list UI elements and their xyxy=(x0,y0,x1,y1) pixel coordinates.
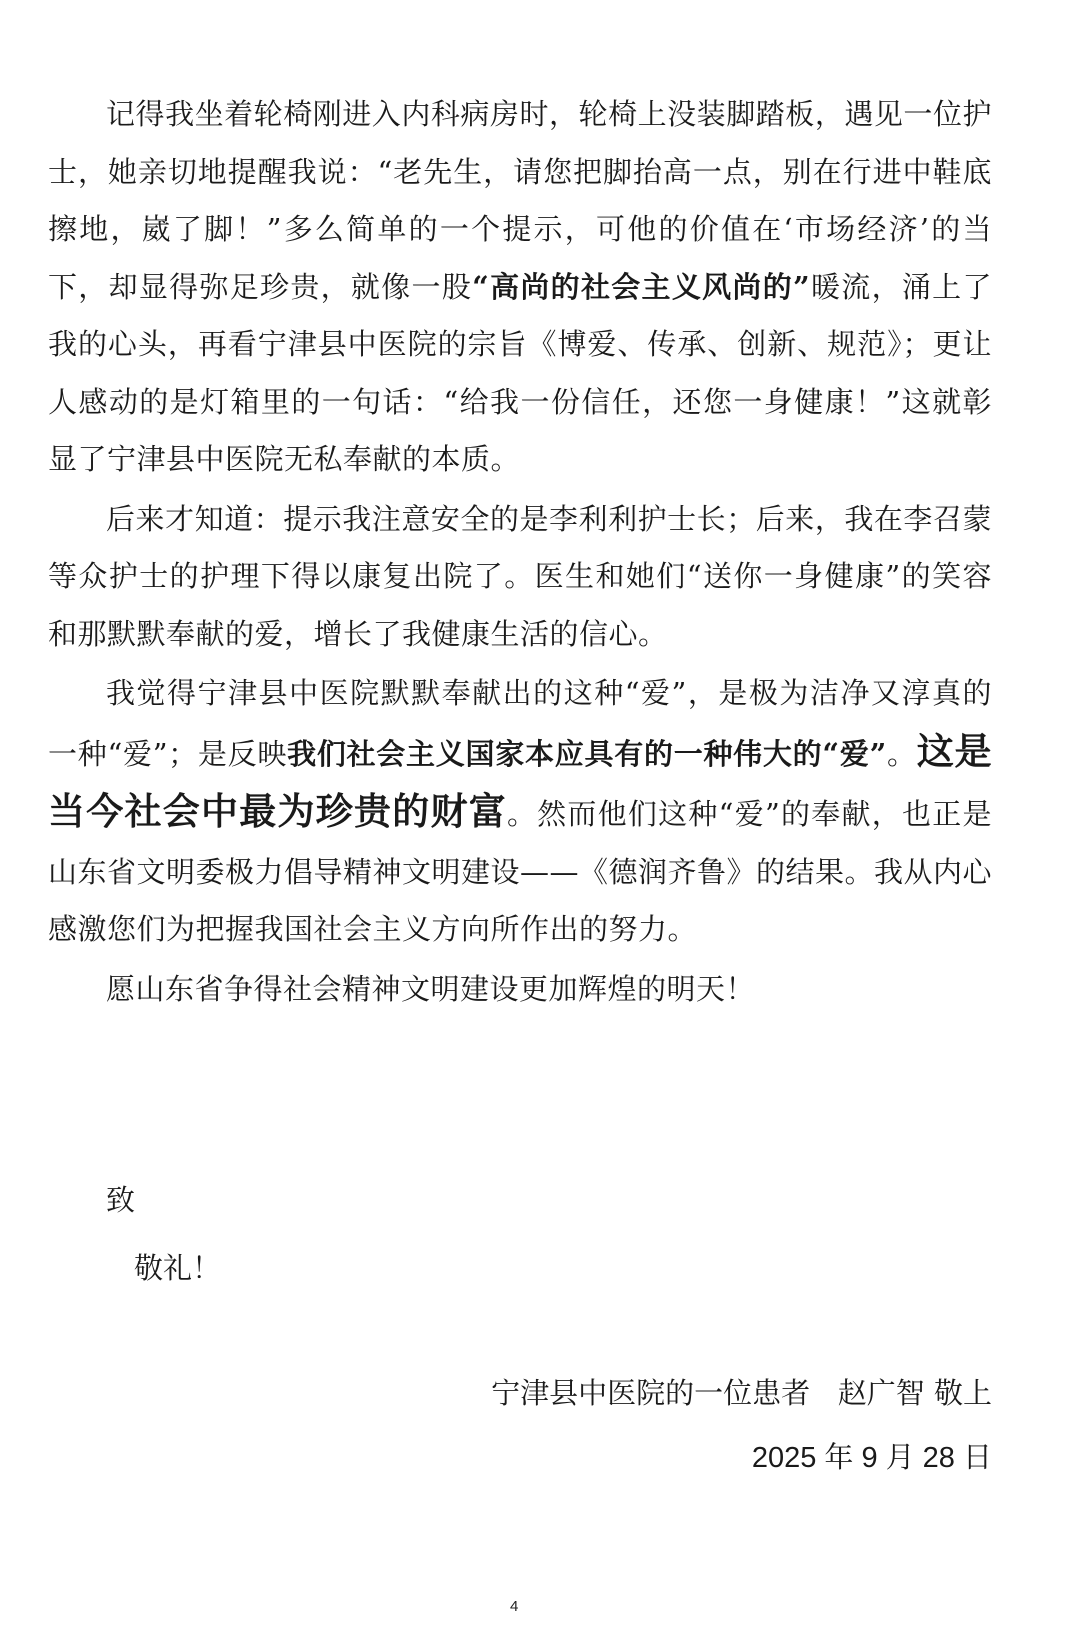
paragraph-3: 我觉得宁津县中医院默默奉献出的这种“爱”，是极为洁净又淳真的一种“爱”；是反映我… xyxy=(48,665,992,959)
signature: 宁津县中医院的一位患者 赵广智 敬上 xyxy=(491,1373,992,1413)
page-number: 4 xyxy=(510,1597,518,1617)
letter-date: 2025 年 9 月 28 日 xyxy=(752,1438,992,1478)
paragraph-4: 愿山东省争得社会精神文明建设更加辉煌的明天！ xyxy=(48,961,992,1019)
closing-salutation-to: 致 xyxy=(106,1180,135,1220)
closing-salutation-regards: 敬礼！ xyxy=(134,1248,221,1288)
paragraph-1: 记得我坐着轮椅刚进入内科病房时，轮椅上没装脚踏板，遇见一位护士，她亲切地提醒我说… xyxy=(48,86,992,489)
paragraph-2: 后来才知道：提示我注意安全的是李利利护士长；后来，我在李召蒙等众护士的护理下得以… xyxy=(48,491,992,664)
paragraph-3-period: 。 xyxy=(887,737,917,771)
paragraph-3-bold-phrase: 我们社会主义国家本应具有的一种伟大的“爱” xyxy=(287,737,887,771)
paragraph-2-text: 后来才知道：提示我注意安全的是李利利护士长；后来，我在李召蒙等众护士的护理下得以… xyxy=(48,502,992,651)
letter-body: 记得我坐着轮椅刚进入内科病房时，轮椅上没装脚踏板，遇见一位护士，她亲切地提醒我说… xyxy=(48,86,992,1018)
paragraph-4-text: 愿山东省争得社会精神文明建设更加辉煌的明天！ xyxy=(106,972,755,1006)
paragraph-1-bold-phrase: “高尚的社会主义风尚的” xyxy=(472,270,810,304)
